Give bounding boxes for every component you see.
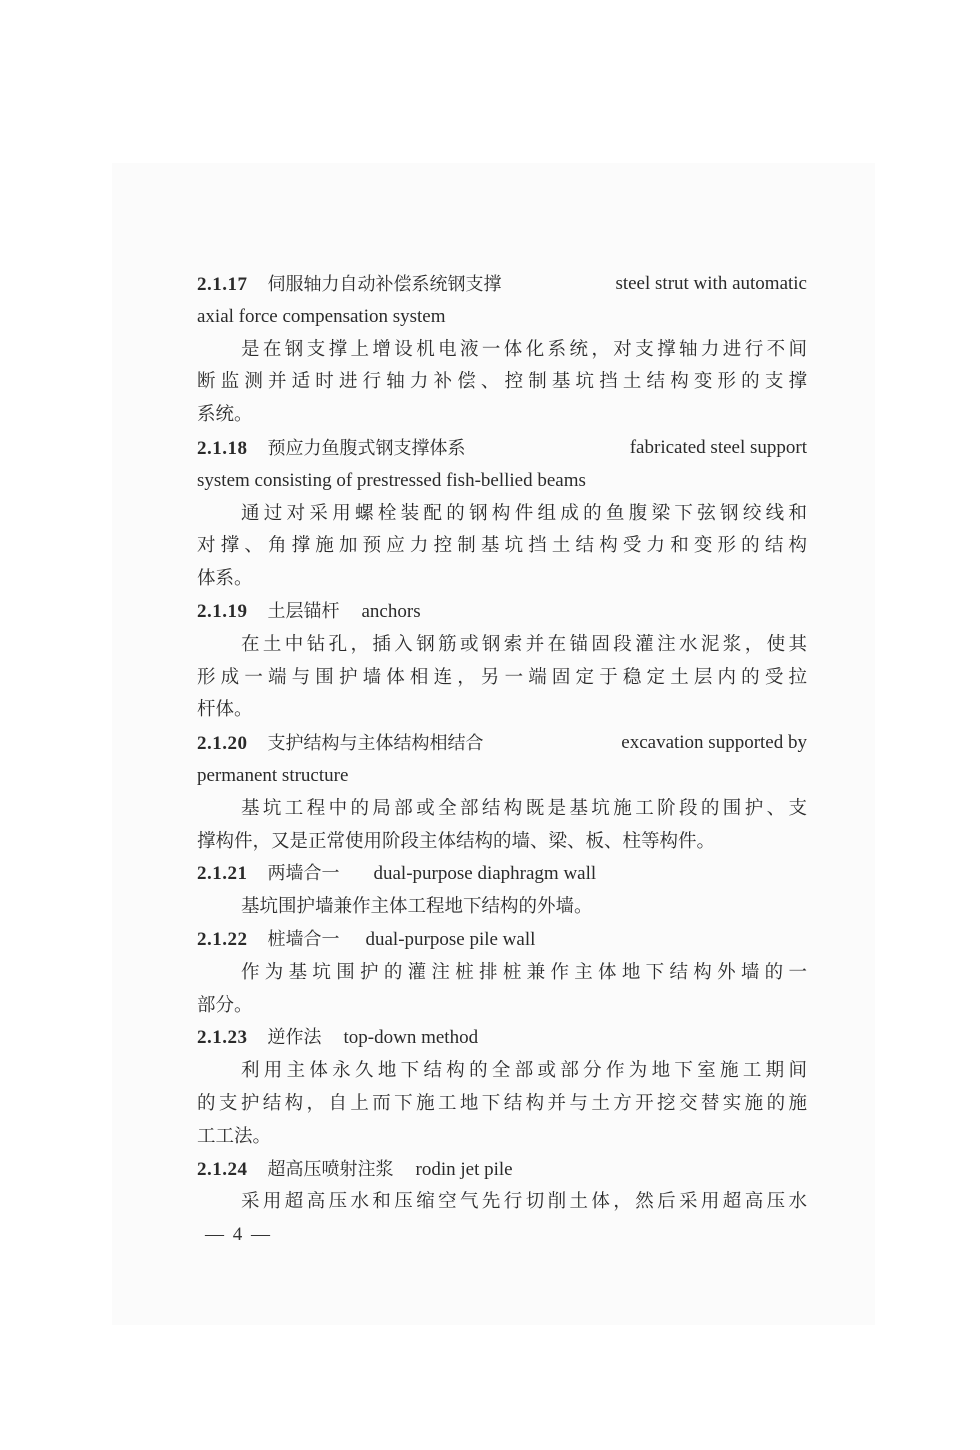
definition-line: 体系。 (197, 563, 807, 596)
term-heading-2-1-23: 2.1.23逆作法top-down method (197, 1022, 807, 1055)
term-number: 2.1.18 (197, 438, 248, 459)
term-number: 2.1.17 (197, 274, 248, 295)
term-english: anchors (362, 596, 421, 629)
definition-line: 工工法。 (197, 1121, 807, 1154)
term-chinese: 超高压喷射注浆 (268, 1154, 394, 1187)
definition-line: 断监测并适时进行轴力补偿、控制基坑挡土结构变形的支撑 (197, 366, 807, 399)
term-english-continued: system consisting of prestressed fish-be… (197, 465, 807, 498)
page-number: — 4 — (205, 1224, 272, 1246)
term-chinese: 预应力鱼腹式钢支撑体系 (268, 438, 466, 459)
term-heading-2-1-22: 2.1.22桩墙合一dual-purpose pile wall (197, 924, 807, 957)
term-english-continued: axial force compensation system (197, 301, 807, 334)
term-english: dual-purpose pile wall (366, 924, 536, 957)
term-english: excavation supported by (621, 727, 807, 760)
definition-line: 是在钢支撑上增设机电液一体化系统，对支撑轴力进行不间 (197, 334, 807, 367)
term-english: fabricated steel support (630, 432, 807, 465)
definition-line: 杆体。 (197, 694, 807, 727)
definition-line: 系统。 (197, 399, 807, 432)
definition-line: 作为基坑围护的灌注桩排桩兼作主体地下结构外墙的一 (197, 957, 807, 990)
term-heading-2-1-19: 2.1.19土层锚杆anchors (197, 596, 807, 629)
definition-line: 在土中钻孔，插入钢筋或钢索并在锚固段灌注水泥浆，使其 (197, 629, 807, 662)
term-number: 2.1.24 (197, 1154, 248, 1187)
term-heading-2-1-18: 2.1.18预应力鱼腹式钢支撑体系 fabricated steel suppo… (197, 432, 807, 465)
term-chinese: 伺服轴力自动补偿系统钢支撑 (268, 274, 502, 295)
term-number: 2.1.19 (197, 596, 248, 629)
term-english: dual-purpose diaphragm wall (374, 858, 597, 891)
term-chinese: 支护结构与主体结构相结合 (268, 733, 484, 754)
definition-line: 部分。 (197, 990, 807, 1023)
term-heading-2-1-20: 2.1.20支护结构与主体结构相结合 excavation supported … (197, 727, 807, 760)
term-number: 2.1.23 (197, 1022, 248, 1055)
definition-line: 通过对采用螺栓装配的钢构件组成的鱼腹梁下弦钢绞线和 (197, 498, 807, 531)
definition-line: 对撑、角撑施加预应力控制基坑挡土结构受力和变形的结构 (197, 530, 807, 563)
definition-line: 的支护结构，自上而下施工地下结构并与土方开挖交替实施的施 (197, 1088, 807, 1121)
definition-line: 形成一端与围护墙体相连，另一端固定于稳定土层内的受拉 (197, 662, 807, 695)
term-heading-2-1-24: 2.1.24超高压喷射注浆rodin jet pile (197, 1154, 807, 1187)
definition-line: 利用主体永久地下结构的全部或部分作为地下室施工期间 (197, 1055, 807, 1088)
document-body: 2.1.17伺服轴力自动补偿系统钢支撑 steel strut with aut… (197, 268, 807, 1219)
term-number: 2.1.21 (197, 858, 248, 891)
term-chinese: 逆作法 (268, 1022, 322, 1055)
term-english: top-down method (344, 1022, 479, 1055)
definition-line: 基坑围护墙兼作主体工程地下结构的外墙。 (197, 891, 807, 924)
term-chinese: 桩墙合一 (268, 924, 340, 957)
term-chinese: 两墙合一 (268, 858, 340, 891)
term-english-continued: permanent structure (197, 760, 807, 793)
term-chinese: 土层锚杆 (268, 596, 340, 629)
term-heading-2-1-17: 2.1.17伺服轴力自动补偿系统钢支撑 steel strut with aut… (197, 268, 807, 301)
term-english: rodin jet pile (416, 1154, 513, 1187)
term-number: 2.1.20 (197, 733, 248, 754)
term-english: steel strut with automatic (615, 268, 807, 301)
term-number: 2.1.22 (197, 924, 248, 957)
term-heading-2-1-21: 2.1.21两墙合一dual-purpose diaphragm wall (197, 858, 807, 891)
definition-line: 基坑工程中的局部或全部结构既是基坑施工阶段的围护、支 (197, 793, 807, 826)
definition-line: 采用超高压水和压缩空气先行切削土体，然后采用超高压水 (197, 1186, 807, 1219)
definition-line: 撑构件，又是正常使用阶段主体结构的墙、梁、板、柱等构件。 (197, 826, 807, 859)
